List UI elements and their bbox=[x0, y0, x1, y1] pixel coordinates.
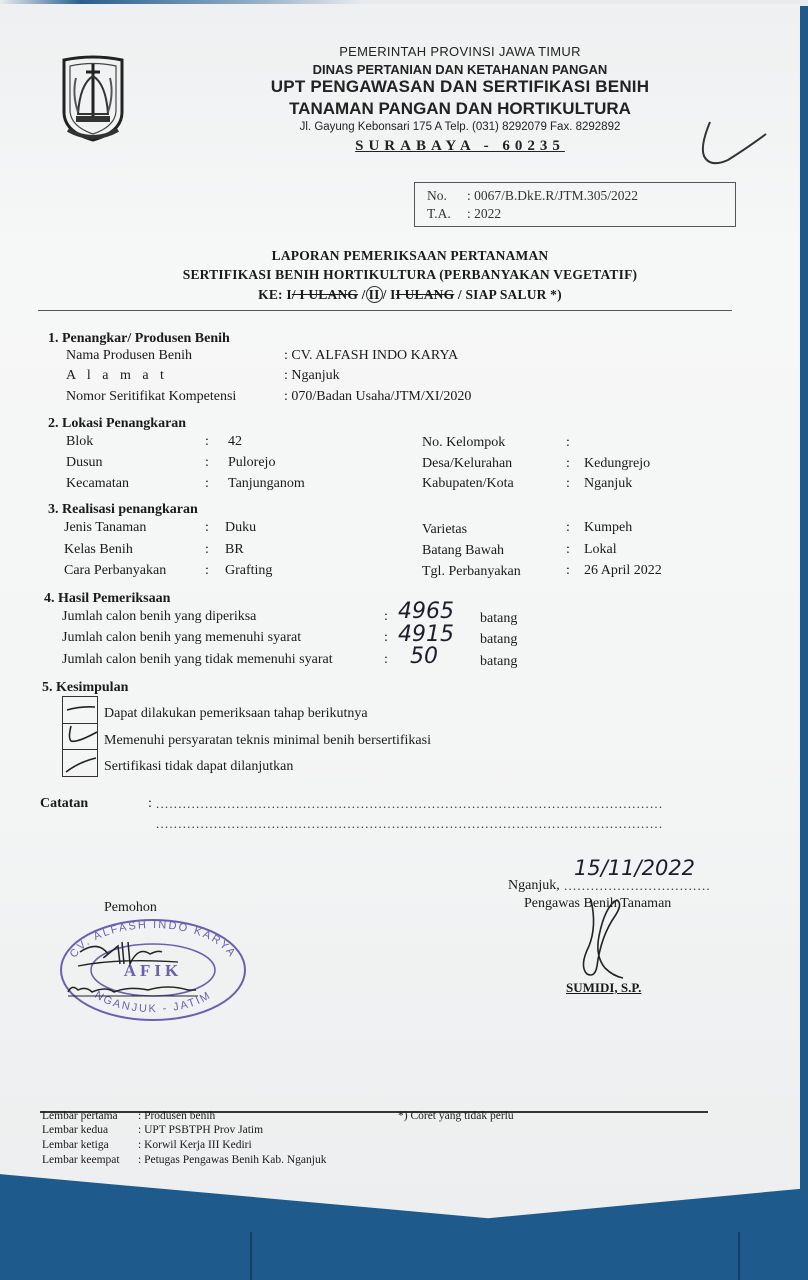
ref-ta-label: T.A. bbox=[427, 206, 467, 222]
stage-prefix: KE: I bbox=[258, 287, 292, 302]
letterhead-government: PEMERINTAH PROVINSI JAWA TIMUR bbox=[190, 44, 730, 59]
section-3-heading: 3. Realisasi penangkaran bbox=[48, 502, 198, 518]
section-4-heading: 4. Hasil Pemeriksaan bbox=[44, 591, 170, 607]
notes-line-2[interactable]: ........................................… bbox=[156, 816, 712, 832]
colon: : bbox=[566, 435, 570, 451]
inspector-signature-icon bbox=[575, 896, 635, 981]
copy-label: Lembar pertama bbox=[42, 1110, 138, 1122]
notes-label: Catatan bbox=[40, 796, 88, 812]
field-label: Kecamatan bbox=[66, 476, 129, 492]
stage-struck-2: I ULANG bbox=[396, 287, 455, 302]
section-2-heading: 2. Lokasi Penangkaran bbox=[48, 416, 186, 432]
notes-line-1[interactable]: ........................................… bbox=[156, 796, 712, 812]
section-1-heading: 1. Penangkar/ Produsen Benih bbox=[48, 331, 230, 347]
copy-recipient: : Petugas Pengawas Benih Kab. Nganjuk bbox=[138, 1154, 326, 1166]
letterhead-unit: UPT PENGAWASAN DAN SERTIFIKASI BENIH bbox=[190, 77, 730, 97]
unit-label: batang bbox=[480, 632, 517, 648]
field-label: Kabupaten/Kota bbox=[422, 476, 514, 492]
field-label: A l a m a t bbox=[66, 368, 168, 384]
inspector-name: SUMIDI, S.P. bbox=[566, 980, 641, 996]
svg-text:AFIK: AFIK bbox=[124, 961, 183, 980]
address-value: : Nganjuk bbox=[284, 368, 340, 384]
block-value: 42 bbox=[228, 434, 242, 450]
district-value: Tanjunganom bbox=[228, 476, 305, 492]
company-stamp-icon: AFIK CV. ALFASH INDO KARYA NGANJUK - JAT… bbox=[58, 916, 248, 1024]
field-label: Jenis Tanaman bbox=[64, 520, 146, 536]
field-label: Batang Bawah bbox=[422, 543, 504, 559]
copy-recipient: : Korwil Kerja III Kediri bbox=[138, 1139, 252, 1151]
inspected-label: Jumlah calon benih yang diperiksa bbox=[62, 609, 256, 625]
failed-count: 50 bbox=[410, 644, 438, 669]
colon: : bbox=[205, 563, 209, 579]
report-title: LAPORAN PEMERIKSAAN PERTANAMAN bbox=[60, 248, 760, 264]
report-stage: KE: I/ I ULANG /II/ II ULANG / SIAP SALU… bbox=[60, 286, 760, 303]
inspected-count: 4965 bbox=[398, 599, 454, 624]
conclusion-option: Memenuhi persyaratan teknis minimal beni… bbox=[104, 733, 431, 749]
stage-circled: II bbox=[366, 286, 383, 303]
colon: : bbox=[384, 630, 388, 646]
field-label: Blok bbox=[66, 434, 93, 450]
handwritten-check-icon bbox=[700, 116, 775, 171]
stage-sep: / I bbox=[383, 287, 396, 302]
rootstock-value: Lokal bbox=[584, 542, 617, 558]
certificate-number-value: : 070/Badan Usaha/JTM/XI/2020 bbox=[284, 389, 471, 405]
colon: : bbox=[205, 434, 209, 450]
colon: : bbox=[566, 563, 570, 579]
report-subtitle: SERTIFIKASI BENIH HORTIKULTURA (PERBANYA… bbox=[60, 267, 760, 283]
regency-value: Nganjuk bbox=[584, 476, 632, 492]
conclusion-checkbox[interactable] bbox=[62, 749, 98, 777]
propagation-date-value: 26 April 2022 bbox=[584, 563, 662, 579]
letterhead-city: SURABAYA - 60235 bbox=[190, 138, 730, 155]
copy-recipient: : UPT PSBTPH Prov Jatim bbox=[138, 1124, 263, 1136]
unit-label: batang bbox=[480, 654, 517, 670]
section-5-heading: 5. Kesimpulan bbox=[42, 680, 128, 696]
producer-name-value: : CV. ALFASH INDO KARYA bbox=[284, 348, 458, 364]
variety-value: Kumpeh bbox=[584, 520, 632, 536]
check-mark-icon bbox=[63, 724, 99, 751]
field-label: Nama Produsen Benih bbox=[66, 348, 192, 364]
svg-text:NGANJUK - JATIM: NGANJUK - JATIM bbox=[92, 989, 213, 1015]
colon: : bbox=[566, 542, 570, 558]
colon: : bbox=[566, 456, 570, 472]
colon: : bbox=[566, 520, 570, 536]
field-label: Tgl. Perbanyakan bbox=[422, 564, 521, 580]
copy-recipient: : Produsen benih bbox=[138, 1110, 215, 1122]
wall-seam bbox=[738, 1232, 740, 1280]
seed-class-value: BR bbox=[225, 542, 244, 558]
conclusion-checkbox[interactable] bbox=[62, 723, 98, 750]
village-value: Kedungrejo bbox=[584, 456, 650, 472]
field-label: Dusun bbox=[66, 455, 103, 471]
document-page: PEMERINTAH PROVINSI JAWA TIMUR DINAS PER… bbox=[0, 4, 800, 1228]
copy-distribution: Lembar kedua: UPT PSBTPH Prov Jatim bbox=[42, 1124, 263, 1136]
field-label: Desa/Kelurahan bbox=[422, 456, 512, 472]
svg-text:CV. ALFASH INDO KARYA: CV. ALFASH INDO KARYA bbox=[68, 919, 239, 960]
letterhead-department: DINAS PERTANIAN DAN KETAHANAN PANGAN bbox=[190, 62, 730, 77]
divider bbox=[38, 310, 732, 311]
failed-label: Jumlah calon benih yang tidak memenuhi s… bbox=[62, 652, 333, 668]
copy-label: Lembar kedua bbox=[42, 1124, 138, 1136]
copy-distribution: Lembar keempat: Petugas Pengawas Benih K… bbox=[42, 1154, 326, 1166]
applicant-label: Pemohon bbox=[104, 900, 157, 916]
unit-label: batang bbox=[480, 611, 517, 627]
colon: : bbox=[205, 455, 209, 471]
copy-distribution: Lembar ketiga: Korwil Kerja III Kediri bbox=[42, 1139, 252, 1151]
copy-label: Lembar keempat bbox=[42, 1154, 138, 1166]
conclusion-option: Dapat dilakukan pemeriksaan tahap beriku… bbox=[104, 706, 368, 722]
colon: : bbox=[205, 520, 209, 536]
notes-colon: : bbox=[148, 796, 152, 812]
colon: : bbox=[205, 476, 209, 492]
colon: : bbox=[384, 609, 388, 625]
dash-mark-icon bbox=[63, 697, 99, 725]
stage-struck-1: / I ULANG bbox=[292, 287, 358, 302]
footnote: *) Coret yang tidak perlu bbox=[398, 1110, 514, 1122]
copy-distribution: Lembar pertama: Produsen benih bbox=[42, 1110, 215, 1122]
ref-ta-value: : 2022 bbox=[467, 206, 501, 221]
wall-seam bbox=[250, 1232, 252, 1280]
field-label: Cara Perbanyakan bbox=[64, 563, 166, 579]
propagation-method-value: Grafting bbox=[225, 563, 272, 579]
coat-of-arms-icon bbox=[58, 54, 128, 142]
field-label: No. Kelompok bbox=[422, 435, 505, 451]
letterhead-address: Jl. Gayung Kebonsari 175 A Telp. (031) 8… bbox=[190, 121, 730, 133]
ref-no-label: No. bbox=[427, 188, 467, 204]
stage-sep: / bbox=[358, 287, 366, 302]
copy-label: Lembar ketiga bbox=[42, 1139, 138, 1151]
plant-type-value: Duku bbox=[225, 520, 256, 536]
passed-label: Jumlah calon benih yang memenuhi syarat bbox=[62, 630, 301, 646]
colon: : bbox=[384, 652, 388, 668]
conclusion-checkbox[interactable] bbox=[62, 696, 98, 724]
letterhead-unit-sub: TANAMAN PANGAN DAN HORTIKULTURA bbox=[190, 99, 730, 119]
hamlet-value: Pulorejo bbox=[228, 455, 275, 471]
conclusion-option: Sertifikasi tidak dapat dilanjutkan bbox=[104, 759, 293, 775]
colon: : bbox=[205, 542, 209, 558]
signature-place: Nganjuk, bbox=[508, 878, 560, 894]
field-label: Nomor Seritifikat Kompetensi bbox=[66, 389, 236, 405]
field-label: Kelas Benih bbox=[64, 542, 133, 558]
stage-suffix: / SIAP SALUR *) bbox=[454, 287, 561, 302]
signature-date: 15/11/2022 bbox=[574, 856, 695, 880]
ref-no-value: : 0067/B.DkE.R/JTM.305/2022 bbox=[467, 188, 638, 203]
date-line: ................................. bbox=[564, 878, 714, 894]
reference-number-box: No.: 0067/B.DkE.R/JTM.305/2022 T.A.: 202… bbox=[414, 182, 736, 227]
field-label: Varietas bbox=[422, 522, 467, 538]
colon: : bbox=[566, 476, 570, 492]
dash-mark-icon bbox=[63, 750, 99, 778]
